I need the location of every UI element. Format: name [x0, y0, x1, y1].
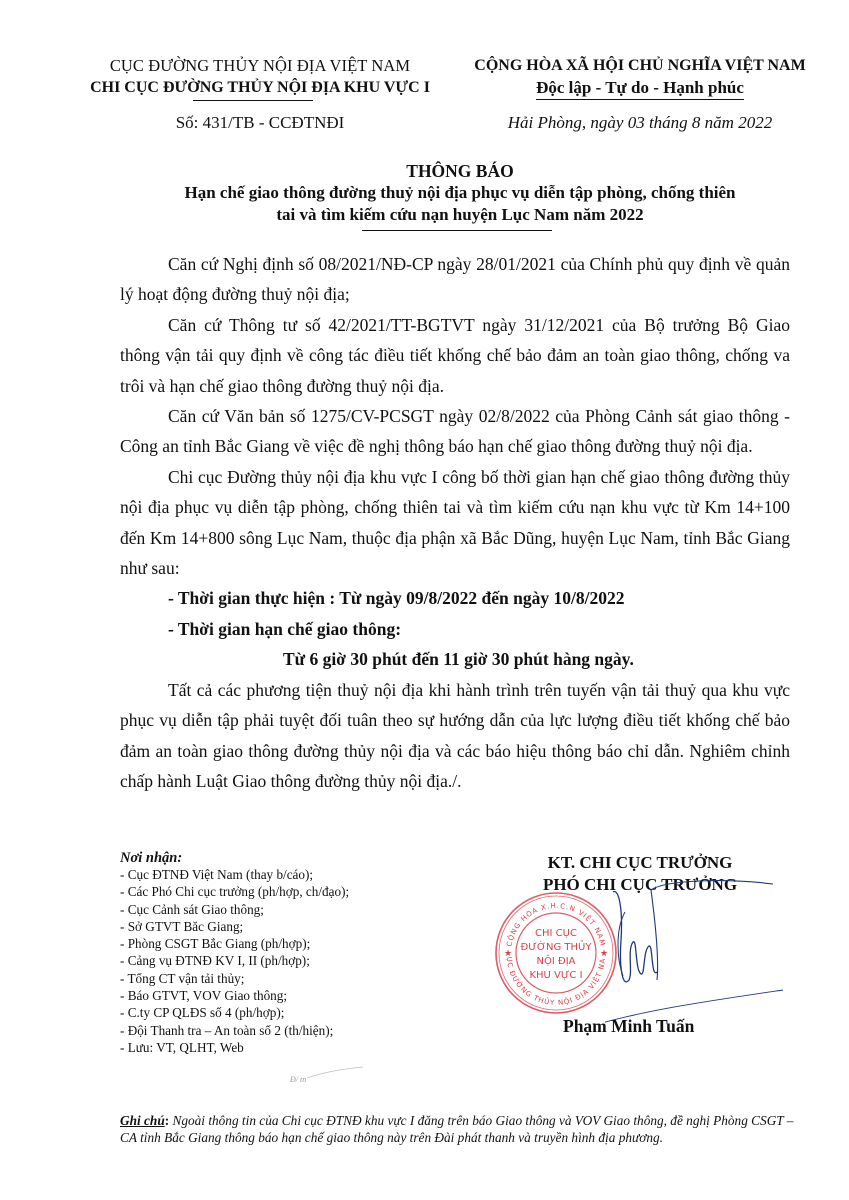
country-name: CỘNG HÒA XÃ HỘI CHỦ NGHĨA VIỆT NAM: [450, 55, 830, 77]
document-title-block: THÔNG BÁO Hạn chế giao thông đường thuỷ …: [100, 160, 820, 226]
handwritten-signature-icon: [605, 880, 785, 1030]
svg-text:★: ★: [504, 949, 512, 959]
signer-name: Phạm Minh Tuấn: [563, 1016, 694, 1037]
title-underline: [362, 230, 552, 231]
legal-basis-paragraph: Căn cứ Văn bản số 1275/CV-PCSGT ngày 02/…: [120, 401, 790, 462]
execution-time: - Thời gian thực hiện : Từ ngày 09/8/202…: [120, 583, 790, 613]
recipients-list: Nơi nhận: - Cục ĐTNĐ Việt Nam (thay b/cá…: [120, 850, 450, 1056]
recipient-item: - Lưu: VT, QLHT, Web: [120, 1039, 450, 1056]
document-body: Căn cứ Nghị định số 08/2021/NĐ-CP ngày 2…: [120, 249, 790, 796]
recipient-item: - Sở GTVT Băc Giang;: [120, 918, 450, 935]
document-type: THÔNG BÁO: [100, 160, 820, 182]
issuing-agency-block: CỤC ĐƯỜNG THỦY NỘI ĐỊA VIỆT NAM CHI CỤC …: [60, 55, 460, 133]
recipients-title: Nơi nhận:: [120, 850, 450, 866]
recipient-item: - C.ty CP QLĐS số 4 (ph/hợp);: [120, 1004, 450, 1021]
document-number: Số: 431/TB - CCĐTNĐI: [60, 113, 460, 133]
closing-paragraph: Tất cả các phương tiện thuỷ nội địa khi …: [120, 675, 790, 797]
recipient-item: - Các Phó Chi cục trưởng (ph/hợp, ch/đạo…: [120, 883, 450, 900]
recipient-item: - Cảng vụ ĐTNĐ KV I, II (ph/hợp);: [120, 952, 450, 969]
drafter-initials: Đ/ tn: [290, 1075, 306, 1084]
seal-center-line: NỘI ĐỊA: [536, 954, 575, 967]
national-motto: Độc lập - Tự do - Hạnh phúc: [536, 77, 744, 100]
parent-agency: CỤC ĐƯỜNG THỦY NỘI ĐỊA VIỆT NAM: [60, 55, 460, 77]
recipient-item: - Đội Thanh tra – An toàn số 2 (th/hiện)…: [120, 1022, 450, 1039]
initials-stroke-icon: [305, 1066, 365, 1080]
subject-line-1: Hạn chế giao thông đường thuỷ nội địa ph…: [100, 182, 820, 204]
national-header-block: CỘNG HÒA XÃ HỘI CHỦ NGHĨA VIỆT NAM Độc l…: [450, 55, 830, 133]
restriction-time-value: Từ 6 giờ 30 phút đến 11 giờ 30 phút hàng…: [120, 644, 790, 674]
place-date: Hải Phòng, ngày 03 tháng 8 năm 2022: [450, 113, 830, 133]
signing-authority: KT. CHI CỤC TRƯỞNG: [510, 852, 770, 874]
legal-basis-paragraph: Căn cứ Nghị định số 08/2021/NĐ-CP ngày 2…: [120, 249, 790, 310]
note-text: Ngoài thông tin của Chi cục ĐTNĐ khu vực…: [120, 1113, 793, 1145]
seal-center-line: ĐƯỜNG THỦY: [521, 939, 593, 953]
footnote: Ghi chú: Ngoài thông tin của Chi cục ĐTN…: [120, 1112, 810, 1146]
seal-center-line: KHU VỰC I: [529, 970, 582, 981]
unit-underline: [193, 100, 313, 101]
announcement-paragraph: Chi cục Đường thủy nội địa khu vực I côn…: [120, 462, 790, 584]
official-seal-icon: CỘNG HÒA X.H.C.N VIỆT NAM CỤC ĐƯỜNG THỦY…: [493, 890, 619, 1016]
recipient-item: - Tổng CT vận tải thủy;: [120, 970, 450, 987]
recipient-item: - Cục Cảnh sát Giao thông;: [120, 901, 450, 918]
recipient-item: - Cục ĐTNĐ Việt Nam (thay b/cáo);: [120, 866, 450, 883]
restriction-time-label: - Thời gian hạn chế giao thông:: [120, 614, 790, 644]
note-label: Ghi chú: [120, 1113, 165, 1128]
seal-center-line: CHI CỤC: [535, 928, 577, 939]
recipient-item: - Phòng CSGT Bắc Giang (ph/hợp);: [120, 935, 450, 952]
issuing-unit: CHI CỤC ĐƯỜNG THỦY NỘI ĐỊA KHU VỰC I: [60, 77, 460, 99]
legal-basis-paragraph: Căn cứ Thông tư số 42/2021/TT-BGTVT ngày…: [120, 310, 790, 401]
recipient-item: - Báo GTVT, VOV Giao thông;: [120, 987, 450, 1004]
subject-line-2: tai và tìm kiếm cứu nạn huyện Lục Nam nă…: [100, 204, 820, 226]
